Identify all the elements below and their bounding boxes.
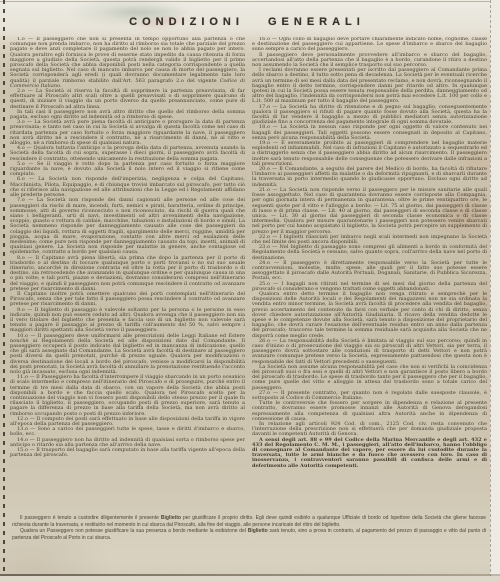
- condition-paragraph: Il Capitano inoltre potrà omettere qualc…: [10, 292, 245, 308]
- paragraph-text: 17.o — La Società ha diritto di ritenzio…: [252, 104, 487, 126]
- paragraph-text: 10.o — Il passeggiero deve uniformarsi a…: [10, 333, 245, 375]
- condition-paragraph: 19.o — È severamente proibito ai passegg…: [252, 141, 487, 167]
- perforation-right-strip: [490, 0, 500, 582]
- condition-paragraph: 9.o — Il biglietto di passaggio è valevo…: [10, 308, 245, 334]
- condition-paragraph: I reclami dovranno essere presentati per…: [252, 68, 487, 104]
- condition-paragraph: 26.o — La responsabilità della Società è…: [252, 339, 487, 365]
- emphasized-text: Biglietto: [248, 528, 268, 534]
- condition-paragraph: Qualora un Passeggero non potesse giusti…: [12, 528, 486, 541]
- paragraph-text: Il Capitano inoltre potrà omettere qualc…: [10, 291, 245, 307]
- perforation-stitch-line: [3, 0, 5, 582]
- condition-paragraph: 20.o — Il Comandante, a seguito del pare…: [252, 167, 487, 188]
- paragraph-text: 23.o — Nel biglietto di passaggio sono c…: [252, 244, 487, 260]
- emphasized-text: Biglietto: [161, 515, 181, 521]
- paragraph-text: Qualora un Passeggero non potesse giusti…: [20, 528, 248, 534]
- paragraph-text: 6.o — La Società non risponde dell'imper…: [10, 176, 245, 198]
- conditions-column-left: 1.o — Il passeggiero che non si presenta…: [10, 37, 245, 515]
- page-title: CONDIZIONI GENERALI: [0, 16, 494, 28]
- condition-paragraph: 6.o — La Società non risponde dell'imper…: [10, 177, 245, 198]
- paragraph-text: 8.o — Il Capitano avrà piena libertà, si…: [10, 255, 245, 292]
- perforation-left: [0, 0, 8, 582]
- condition-paragraph: 15.o — Il trasporto del bagaglio sarà co…: [10, 448, 245, 458]
- paragraph-text: In relazione agli articoli 924 Cod. di c…: [252, 421, 487, 437]
- paper-top-edge: [0, 1, 500, 2]
- paragraph-text: Qualora entro detto termine il bagaglio …: [252, 291, 487, 339]
- paragraph-text: 4.o — Qualora tuttavia l'anticipo o la p…: [10, 145, 245, 161]
- paragraph-text: 19.o — È severamente proibito ai passegg…: [252, 140, 487, 167]
- paragraph-text: 9.o — Il biglietto di passaggio è valevo…: [10, 307, 245, 334]
- paragraph-text: 15.o — Il trasporto del bagaglio sarà co…: [10, 447, 245, 458]
- condition-paragraph: 1.o — Il passeggiero che non si presenta…: [10, 37, 245, 89]
- paragraph-text: 11.o — Il Passeggiero ha facoltà d'inter…: [10, 374, 245, 416]
- paragraph-text: Il passeggero è tenuto a custodire dilig…: [20, 515, 161, 521]
- paragraph-text: I reclami dovranno essere presentati per…: [252, 67, 487, 104]
- condition-paragraph: 16.o — Ogni collo di bagaglio deve porta…: [252, 37, 487, 53]
- condition-paragraph: Qualora entro detto termine il bagaglio …: [252, 292, 487, 339]
- paragraph-text: A sensi degli art. 88 e 99 del Codice de…: [252, 437, 487, 469]
- condition-paragraph: 10.o — Il passeggiero deve uniformarsi a…: [10, 334, 245, 376]
- condition-paragraph: 3.o — La Società avrà pure piena facoltà…: [10, 120, 245, 146]
- condition-paragraph: 8.o — Il Capitano avrà piena libertà, si…: [10, 256, 245, 292]
- condition-paragraph: 23.o — Nel biglietto di passaggio sono c…: [252, 245, 487, 261]
- paragraph-text: 26.o — La responsabilità della Società è…: [252, 338, 487, 365]
- ticket-notice-footer: Il passeggero è tenuto a custodire dilig…: [12, 515, 486, 541]
- paragraph-text: 3.o — La Società avrà pure piena facoltà…: [10, 119, 245, 146]
- paragraph-text: La Società non assume alcuna responsabil…: [252, 364, 487, 391]
- conditions-body: 1.o — Il passeggiero che non si presenta…: [10, 37, 487, 515]
- condition-paragraph: La Società non assume alcuna responsabil…: [252, 365, 487, 391]
- paragraph-text: 24.o — Il passeggero è direttamente resp…: [252, 260, 487, 282]
- paragraph-text: 7.o — La Società non risponde dei danni …: [10, 197, 245, 255]
- paragraph-text: 16.o — Ogni collo di bagaglio deve porta…: [252, 37, 487, 52]
- condition-paragraph: 24.o — Il passeggero è direttamente resp…: [252, 261, 487, 282]
- condition-paragraph: Il passeggero è tenuto a custodire dilig…: [12, 515, 486, 528]
- condition-paragraph: 2.o — La Società si riserva la facoltà d…: [10, 89, 245, 110]
- paragraph-text: 20.o — Il Comandante, a seguito del pare…: [252, 166, 487, 188]
- condition-paragraph: 4.o — Qualora tuttavia l'anticipo o la p…: [10, 146, 245, 162]
- condition-paragraph: 18.o — La Società in nessun caso rispond…: [252, 125, 487, 141]
- condition-paragraph: 7.o — La Società non risponde dei danni …: [10, 198, 245, 255]
- ticket-conditions-page: CONDIZIONI GENERALI 1.o — Il passeggiero…: [0, 0, 500, 582]
- paper-bottom-strip: [0, 576, 500, 582]
- condition-paragraph: 17.o — La Società ha diritto di ritenzio…: [252, 105, 487, 126]
- paragraph-text: 5.o — Se il viaggio è rotto dopo la part…: [10, 161, 245, 177]
- paragraph-text: 18.o — La Società in nessun caso rispond…: [252, 124, 487, 140]
- condition-paragraph: A sensi degli art. 88 e 99 del Codice de…: [252, 438, 487, 469]
- condition-paragraph: 21.o — La Società non risponde verso il …: [252, 188, 487, 235]
- condition-paragraph: 11.o — Il Passeggiero ha facoltà d'inter…: [10, 375, 245, 417]
- paragraph-text: Il passeggiero deve personalmente provve…: [252, 52, 487, 68]
- condition-paragraph: In relazione agli articoli 924 Cod. di c…: [252, 422, 487, 438]
- condition-paragraph: Tutte le controversie che fossero per so…: [252, 401, 487, 422]
- paragraph-text: Tutte le controversie che fossero per so…: [252, 400, 487, 422]
- paragraph-text: 2.o — La Società si riserva la facoltà d…: [10, 88, 245, 110]
- conditions-column-right: 16.o — Ogni collo di bagaglio deve porta…: [252, 37, 487, 515]
- paragraph-text: 21.o — La Società non risponde verso il …: [252, 187, 487, 235]
- condition-paragraph: Il passeggiero deve personalmente provve…: [252, 53, 487, 69]
- paragraph-text: 1.o — Il passeggiero che non si presenta…: [10, 37, 245, 84]
